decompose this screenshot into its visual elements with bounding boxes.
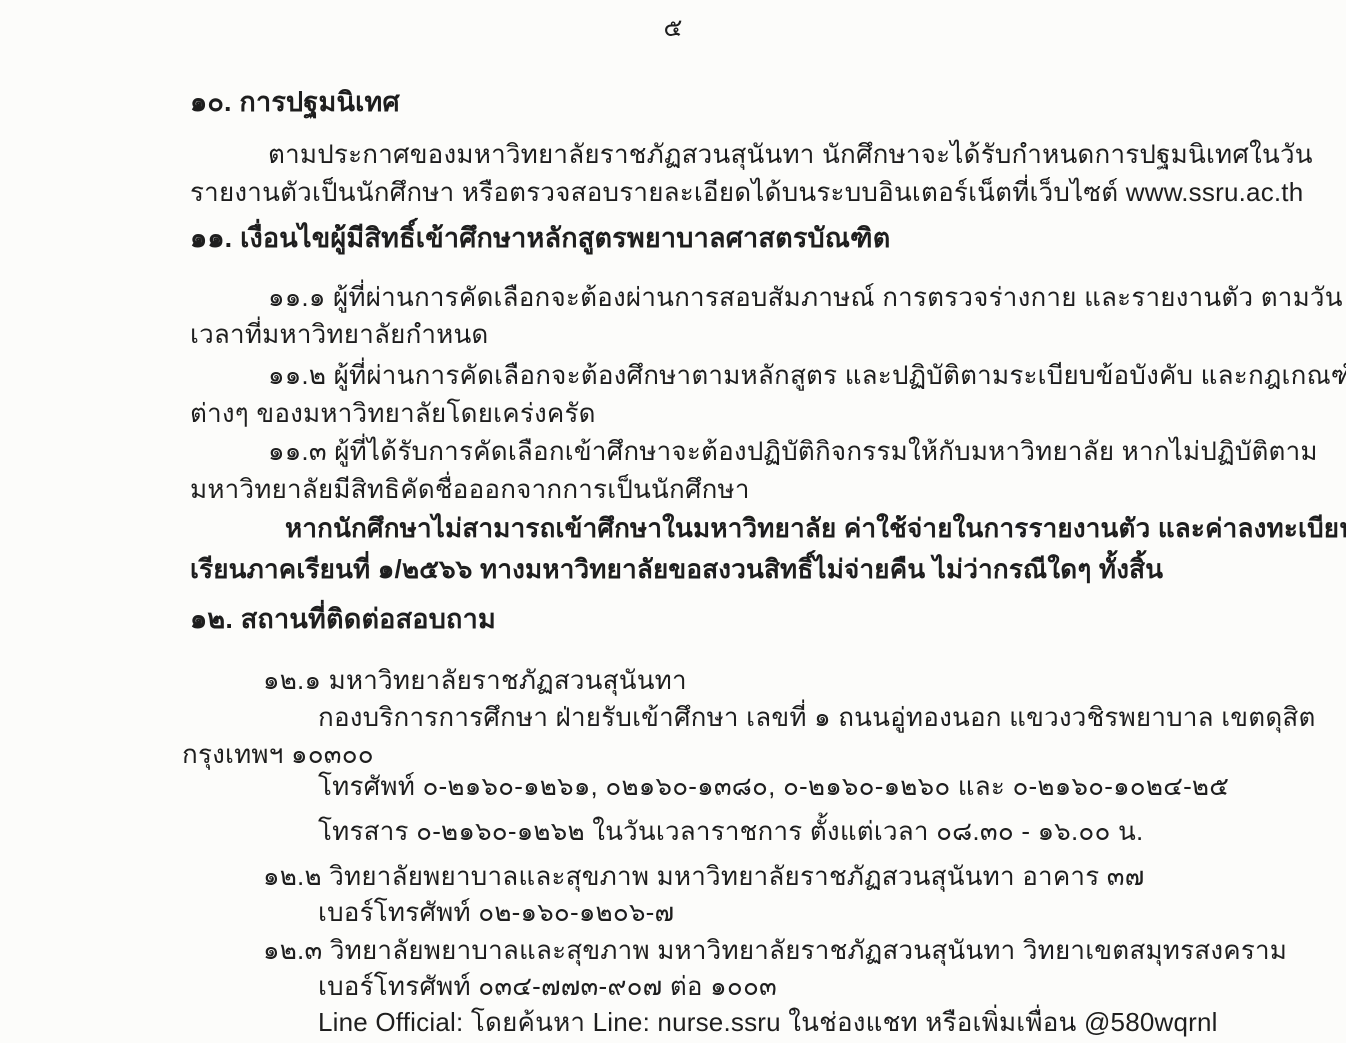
- section-12-item-1-fax: โทรสาร ๐-๒๑๖๐-๑๒๖๒ ในวันเวลาราชการ ตั้งแ…: [318, 815, 1143, 848]
- section-10-paragraph-line-2: รายงานตัวเป็นนักศึกษา หรือตรวจสอบรายละเอ…: [190, 176, 1303, 209]
- section-11-heading: ๑๑. เงื่อนไขผู้มีสิทธิ์เข้าศึกษาหลักสูตร…: [190, 222, 890, 256]
- section-10-heading: ๑๐. การปฐมนิเทศ: [190, 86, 400, 120]
- section-11-item-2-line-2: ต่างๆ ของมหาวิทยาลัยโดยเคร่งครัด: [190, 397, 596, 430]
- section-11-item-3-line-1: ๑๑.๓ ผู้ที่ได้รับการคัดเลือกเข้าศึกษาจะต…: [268, 435, 1318, 468]
- section-12-item-3-line-official: Line Official: โดยค้นหา Line: nurse.ssru…: [318, 1006, 1218, 1039]
- document-page: ๕ ๑๐. การปฐมนิเทศ ตามประกาศของมหาวิทยาลั…: [0, 0, 1346, 1043]
- section-11-item-3-line-2: มหาวิทยาลัยมีสิทธิคัดชื่อออกจากการเป็นนั…: [190, 473, 750, 506]
- section-12-item-2-title: ๑๒.๒ วิทยาลัยพยาบาลและสุขภาพ มหาวิทยาลัย…: [263, 860, 1145, 893]
- section-10-paragraph-line-1: ตามประกาศของมหาวิทยาลัยราชภัฏสวนสุนันทา …: [268, 138, 1313, 171]
- section-12-item-3-phone: เบอร์โทรศัพท์ ๐๓๔-๗๗๓-๙๐๗ ต่อ ๑๐๐๓: [318, 970, 777, 1003]
- section-12-item-1-address-line-2: กรุงเทพฯ ๑๐๓๐๐: [182, 738, 374, 771]
- page-number: ๕: [0, 8, 1346, 48]
- section-11-item-2-line-1: ๑๑.๒ ผู้ที่ผ่านการคัดเลือกจะต้องศึกษาตาม…: [268, 359, 1346, 392]
- section-11-item-1-line-2: เวลาที่มหาวิทยาลัยกำหนด: [190, 318, 489, 351]
- section-12-item-3-title: ๑๒.๓ วิทยาลัยพยาบาลและสุขภาพ มหาวิทยาลัย…: [263, 934, 1287, 967]
- section-12-item-1-address-line-1: กองบริการการศึกษา ฝ่ายรับเข้าศึกษา เลขที…: [318, 701, 1316, 734]
- section-11-item-1-line-1: ๑๑.๑ ผู้ที่ผ่านการคัดเลือกจะต้องผ่านการส…: [268, 281, 1343, 314]
- section-11-note-line-1: หากนักศึกษาไม่สามารถเข้าศึกษาในมหาวิทยาล…: [285, 512, 1346, 545]
- section-12-item-2-phone: เบอร์โทรศัพท์ ๐๒-๑๖๐-๑๒๐๖-๗: [318, 896, 674, 929]
- section-12-heading: ๑๒. สถานที่ติดต่อสอบถาม: [190, 603, 496, 637]
- section-12-item-1-phone: โทรศัพท์ ๐-๒๑๖๐-๑๒๖๑, ๐๒๑๖๐-๑๓๘๐, ๐-๒๑๖๐…: [318, 770, 1229, 803]
- section-11-note-line-2: เรียนภาคเรียนที่ ๑/๒๕๖๖ ทางมหาวิทยาลัยขอ…: [190, 553, 1163, 586]
- section-12-item-1-title: ๑๒.๑ มหาวิทยาลัยราชภัฏสวนสุนันทา: [263, 664, 687, 697]
